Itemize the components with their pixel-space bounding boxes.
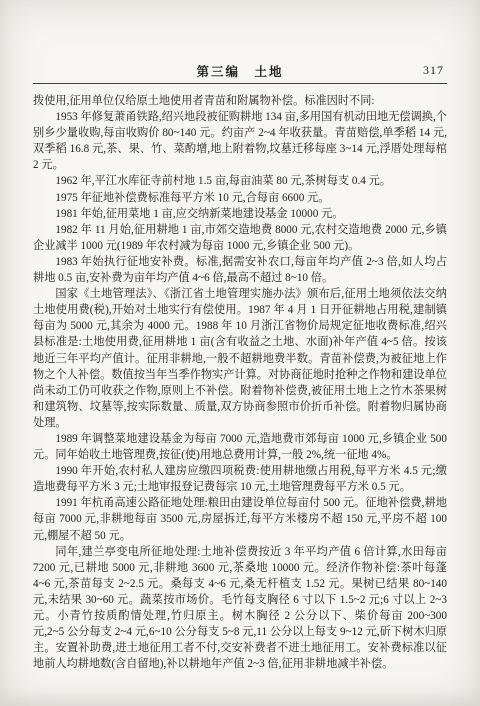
paragraph: 1981 年始,征用菜地 1 亩,应交纳新菜地建设基金 10000 元。 — [33, 206, 447, 222]
paragraph: 同年,建兰亭变电所征地处理:土地补偿费按近 3 年平均产值 6 倍计算,水田每亩… — [33, 544, 447, 673]
paragraph: 1983 年始执行征地安补费。标准,据需安补农口,每亩年均产值 2~3 倍,如人… — [33, 254, 447, 286]
scanned-book-page: 第三编 土地 317 拨使用,征用单位仅给原土地使用者青苗和附属物补偿。标准因时… — [0, 0, 480, 706]
paragraph: 1989 年调整菜地建设基金为每亩 7000 元,造地费市郊每亩 1000 元,… — [33, 431, 447, 463]
paragraph: 1962 年,平江水库征寺前村地 1.5 亩,每亩油菜 80 元,茶树每支 0.… — [33, 173, 447, 189]
paragraph: 1990 年开始,农村私人建房应缴四项税费:使用耕地缴占用税,每平方米 4.5 … — [33, 463, 447, 495]
page-number: 317 — [423, 63, 444, 78]
header-rule — [33, 83, 447, 84]
page-content: 第三编 土地 317 拨使用,征用单位仅给原土地使用者青苗和附属物补偿。标准因时… — [0, 0, 480, 672]
paragraph: 1991 年杭甬高速公路征地处理:粮田由建设单位每亩付 500 元。征地补偿费,… — [33, 495, 447, 543]
running-header: 第三编 土地 317 — [33, 62, 447, 79]
section-title: 第三编 土地 — [33, 62, 447, 80]
document-body: 拨使用,征用单位仅给原土地使用者青苗和附属物补偿。标准因时不同:1953 年修复… — [33, 93, 447, 672]
paragraph: 国家《土地管理法》、《浙江省土地管理实施办法》颁布后,征用土地须依法交纳土地使用… — [33, 286, 447, 431]
paragraph: 1982 年 11 月始,征用耕地 1 亩,市郊交造地费 8000 元,农村交造… — [33, 222, 447, 254]
paragraph: 1953 年修复萧甬铁路,绍兴地段被征购耕地 134 亩,多用国有机动田地无偿调… — [33, 109, 447, 173]
paragraph: 拨使用,征用单位仅给原土地使用者青苗和附属物补偿。标准因时不同: — [33, 93, 447, 109]
paragraph: 1975 年征地补偿费标准每平方米 10 元,合每亩 6600 元。 — [33, 190, 447, 206]
